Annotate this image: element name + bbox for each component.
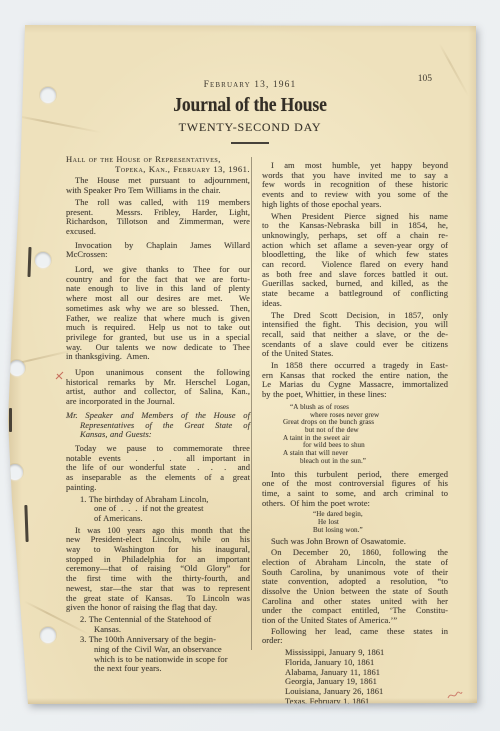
text-block: Mr. Speaker and Members of the House ofR… — [66, 411, 250, 440]
page-header: February 13, 1961 105 Journal of the Hou… — [58, 74, 442, 144]
punch-hole — [40, 87, 56, 103]
text-block: “A blush as of roseswhere roses never gr… — [262, 404, 448, 466]
text-block: The House met pursuant to adjournment,wi… — [66, 176, 250, 195]
text-line: bleach out in the sun.” — [262, 458, 448, 466]
text-block: 3. The 100th Anniversary of the begin-ni… — [66, 635, 250, 674]
text-line: Following her lead, came these states in — [262, 627, 448, 637]
staple-mark — [27, 247, 31, 277]
text-line: tion of the United States of America.’” — [262, 616, 448, 626]
scanner-background: February 13, 1961 105 Journal of the Hou… — [0, 0, 500, 731]
text-block: 1. The birthday of Abraham Lincoln,one o… — [66, 495, 250, 524]
text-block: Lord, we give thanks to Thee for ourcoun… — [66, 265, 250, 362]
header-rule — [231, 142, 269, 144]
text-line: of the United States. — [262, 349, 448, 359]
text-block: Mississippi, January 9, 1861Florida, Jan… — [262, 648, 448, 706]
column-right: I am most humble, yet happy beyondwords … — [262, 155, 448, 706]
text-line: with Speaker Pro Tem Williams in the cha… — [66, 186, 250, 196]
text-block: On December 20, 1860, following theelect… — [262, 548, 448, 626]
text-line: “He dared begin, — [262, 511, 448, 519]
text-line: of Americans. — [66, 514, 250, 524]
column-divider — [251, 157, 252, 650]
journal-date: February 13, 1961 — [204, 80, 297, 90]
scanned-page: February 13, 1961 105 Journal of the Hou… — [8, 25, 478, 705]
text-line: painting. — [66, 483, 250, 493]
text-block: In 1858 there occurred a tragedy in East… — [262, 361, 448, 400]
red-check-mark — [54, 370, 66, 382]
text-line: Such was John Brown of Osawatomie. — [262, 537, 448, 547]
staple-mark — [24, 505, 28, 542]
text-block: I am most humble, yet happy beyondwords … — [262, 161, 448, 210]
text-block: Upon unanimous consent the followinghist… — [66, 368, 250, 407]
text-block: “He dared begin,He lostBut losing won.” — [262, 511, 448, 534]
text-line: the next four years. — [66, 664, 250, 674]
text-line: McCrossen: — [66, 250, 250, 260]
text-line: But losing won.” — [262, 527, 448, 535]
paper-crease — [439, 43, 470, 96]
text-block: The roll was called, with 119 memberspre… — [66, 198, 250, 237]
punch-hole — [35, 252, 51, 268]
text-line: in thanksgiving. Amen. — [66, 352, 250, 362]
page-number: 105 — [418, 74, 432, 84]
text-block: When President Pierce signed his nameto … — [262, 212, 448, 309]
punch-hole — [40, 627, 56, 643]
journal-day-heading: TWENTY-SECOND DAY — [58, 120, 442, 135]
text-block: Into this turbulent period, there emerge… — [262, 470, 448, 509]
text-line: Topeka, Kan., February 13, 1961. — [66, 165, 250, 175]
text-block: The Dred Scott Decision, in 1857, onlyin… — [262, 311, 448, 360]
text-block: It was 100 years ago this month that the… — [66, 526, 250, 613]
column-left: Hall of the House of Representatives,Top… — [66, 155, 250, 674]
text-line: order: — [262, 636, 448, 646]
text-block: Such was John Brown of Osawatomie. — [262, 537, 448, 547]
journal-title: Journal of the House — [81, 94, 419, 117]
journal-body: Hall of the House of Representatives,Top… — [66, 155, 450, 706]
text-block: 2. The Centennial of the Statehood ofKan… — [66, 615, 250, 634]
text-block: Invocation by Chaplain James WillardMcCr… — [66, 241, 250, 260]
text-line: others. Of him the poet wrote: — [262, 499, 448, 509]
text-line: by the poet, Whittier, in these lines: — [262, 390, 448, 400]
text-block: Following her lead, came these states in… — [262, 627, 448, 646]
text-line: excused. — [66, 227, 250, 237]
punch-hole — [7, 464, 23, 480]
staple-mark — [9, 408, 12, 432]
text-line: state became a battleground of conflicti… — [262, 289, 448, 299]
punch-hole — [9, 360, 25, 376]
text-line: given the honor of raising the flag that… — [66, 603, 250, 613]
text-line: high lights of those epochal years. — [262, 200, 448, 210]
text-line: ideas. — [262, 299, 448, 309]
text-line: Texas, February 1, 1861 — [262, 697, 448, 707]
text-line: are incorporated in the Journal. — [66, 397, 250, 407]
text-line: Kansas, and Guests: — [66, 430, 250, 440]
scanned-page-wrap: February 13, 1961 105 Journal of the Hou… — [8, 25, 478, 705]
text-block: Today we pause to commemorate threenotab… — [66, 444, 250, 493]
header-date-row: February 13, 1961 105 — [58, 74, 442, 86]
text-block: Hall of the House of Representatives,Top… — [66, 155, 250, 174]
text-line: Kansas. — [66, 625, 250, 635]
